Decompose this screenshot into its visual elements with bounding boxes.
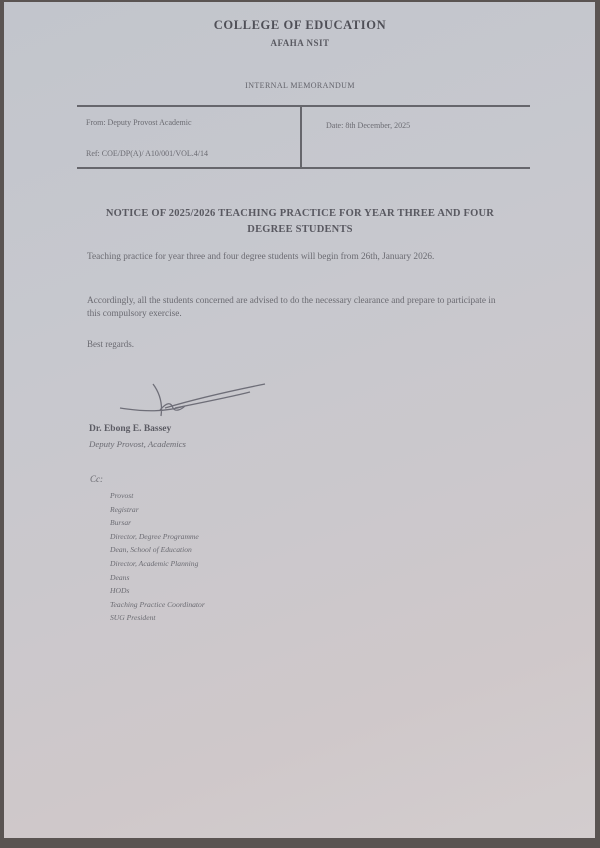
memo-divider <box>300 107 302 167</box>
cc-item: Teaching Practice Coordinator <box>110 598 205 612</box>
closing-remark: Best regards. <box>87 339 134 349</box>
memo-reference: Ref: COE/DP(A)/ A10/001/VOL.4/14 <box>86 149 208 158</box>
memo-header-box: From: Deputy Provost Academic Ref: COE/D… <box>77 105 530 169</box>
cc-item: Deans <box>110 571 205 585</box>
signatory-name: Dr. Ebong E. Bassey <box>89 424 171 434</box>
cc-item: SUG President <box>110 611 205 625</box>
cc-item: HODs <box>110 584 205 598</box>
signatory-role: Deputy Provost, Academics <box>89 439 186 449</box>
cc-label: Cc: <box>90 474 103 484</box>
signature-icon <box>115 372 285 422</box>
institution-location: AFAHA NSIT <box>0 38 600 48</box>
cc-item: Director, Degree Programme <box>110 530 205 544</box>
cc-item: Dean, School of Education <box>110 543 205 557</box>
memo-type-label: INTERNAL MEMORANDUM <box>0 81 600 90</box>
cc-item: Provost <box>110 489 205 503</box>
body-paragraph-1: Teaching practice for year three and fou… <box>87 251 507 264</box>
notice-title: NOTICE OF 2025/2026 TEACHING PRACTICE FO… <box>100 206 500 238</box>
institution-name: COLLEGE OF EDUCATION <box>0 18 600 33</box>
cc-item: Registrar <box>110 503 205 517</box>
body-paragraph-2: Accordingly, all the students concerned … <box>87 295 507 320</box>
memo-date: Date: 8th December, 2025 <box>326 121 410 130</box>
memo-from: From: Deputy Provost Academic <box>86 118 192 127</box>
cc-list: Provost Registrar Bursar Director, Degre… <box>110 489 205 625</box>
cc-item: Bursar <box>110 516 205 530</box>
cc-item: Director, Academic Planning <box>110 557 205 571</box>
